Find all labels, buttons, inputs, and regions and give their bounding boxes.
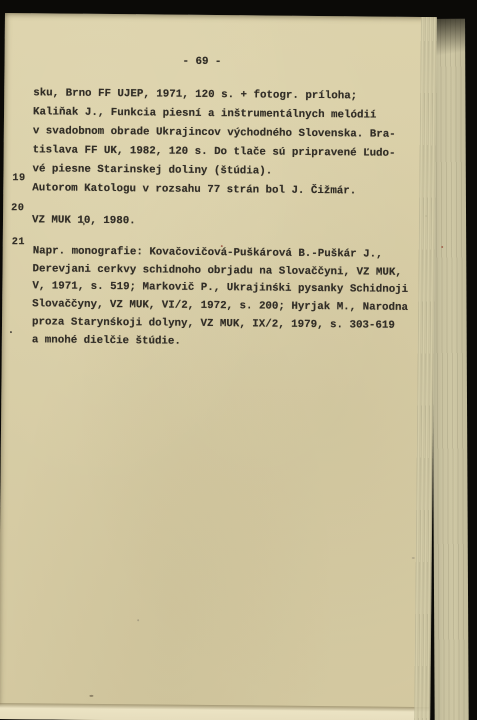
footnote-20-number: 20 [11,203,24,214]
paper-speck [221,245,223,247]
paper-speck [412,557,415,559]
scanned-book-photo: - 69 - sku, Brno FF UJEP, 1971, 120 s. +… [0,0,477,720]
book-page: - 69 - sku, Brno FF UJEP, 1971, 120 s. +… [0,13,436,720]
footnote-21: Napr. monografie: Kovačovičová-Puškárová… [32,243,409,353]
text-line: a mnohé dielčie štúdie. [32,332,408,353]
text-line: Autorom Katologu v rozsahu 77 strán bol … [32,180,356,201]
paper-speck [425,215,427,217]
text-line: vé piesne Starinskej doliny (štúdia). [32,160,395,182]
footnote-20: VZ MUK 1̦0, 1980. [32,212,136,231]
fore-edge-page-lines [431,19,469,720]
paper-speck [137,619,139,621]
book-fore-edge [431,19,469,720]
paper-speck [441,246,443,248]
footnote-21-number: 21 [12,237,25,248]
paragraph-continuation: sku, Brno FF UJEP, 1971, 120 s. + fotogr… [32,84,396,182]
page-number: - 69 - [182,56,221,68]
ink-speck [10,331,12,333]
footnote-19-number: 19 [12,173,25,184]
paper-smudge [89,695,93,697]
footnote-19: Autorom Katologu v rozsahu 77 strán bol … [32,180,356,201]
page-bottom-edge [0,703,429,720]
text-line: VZ MUK 1̦0, 1980. [32,212,136,231]
